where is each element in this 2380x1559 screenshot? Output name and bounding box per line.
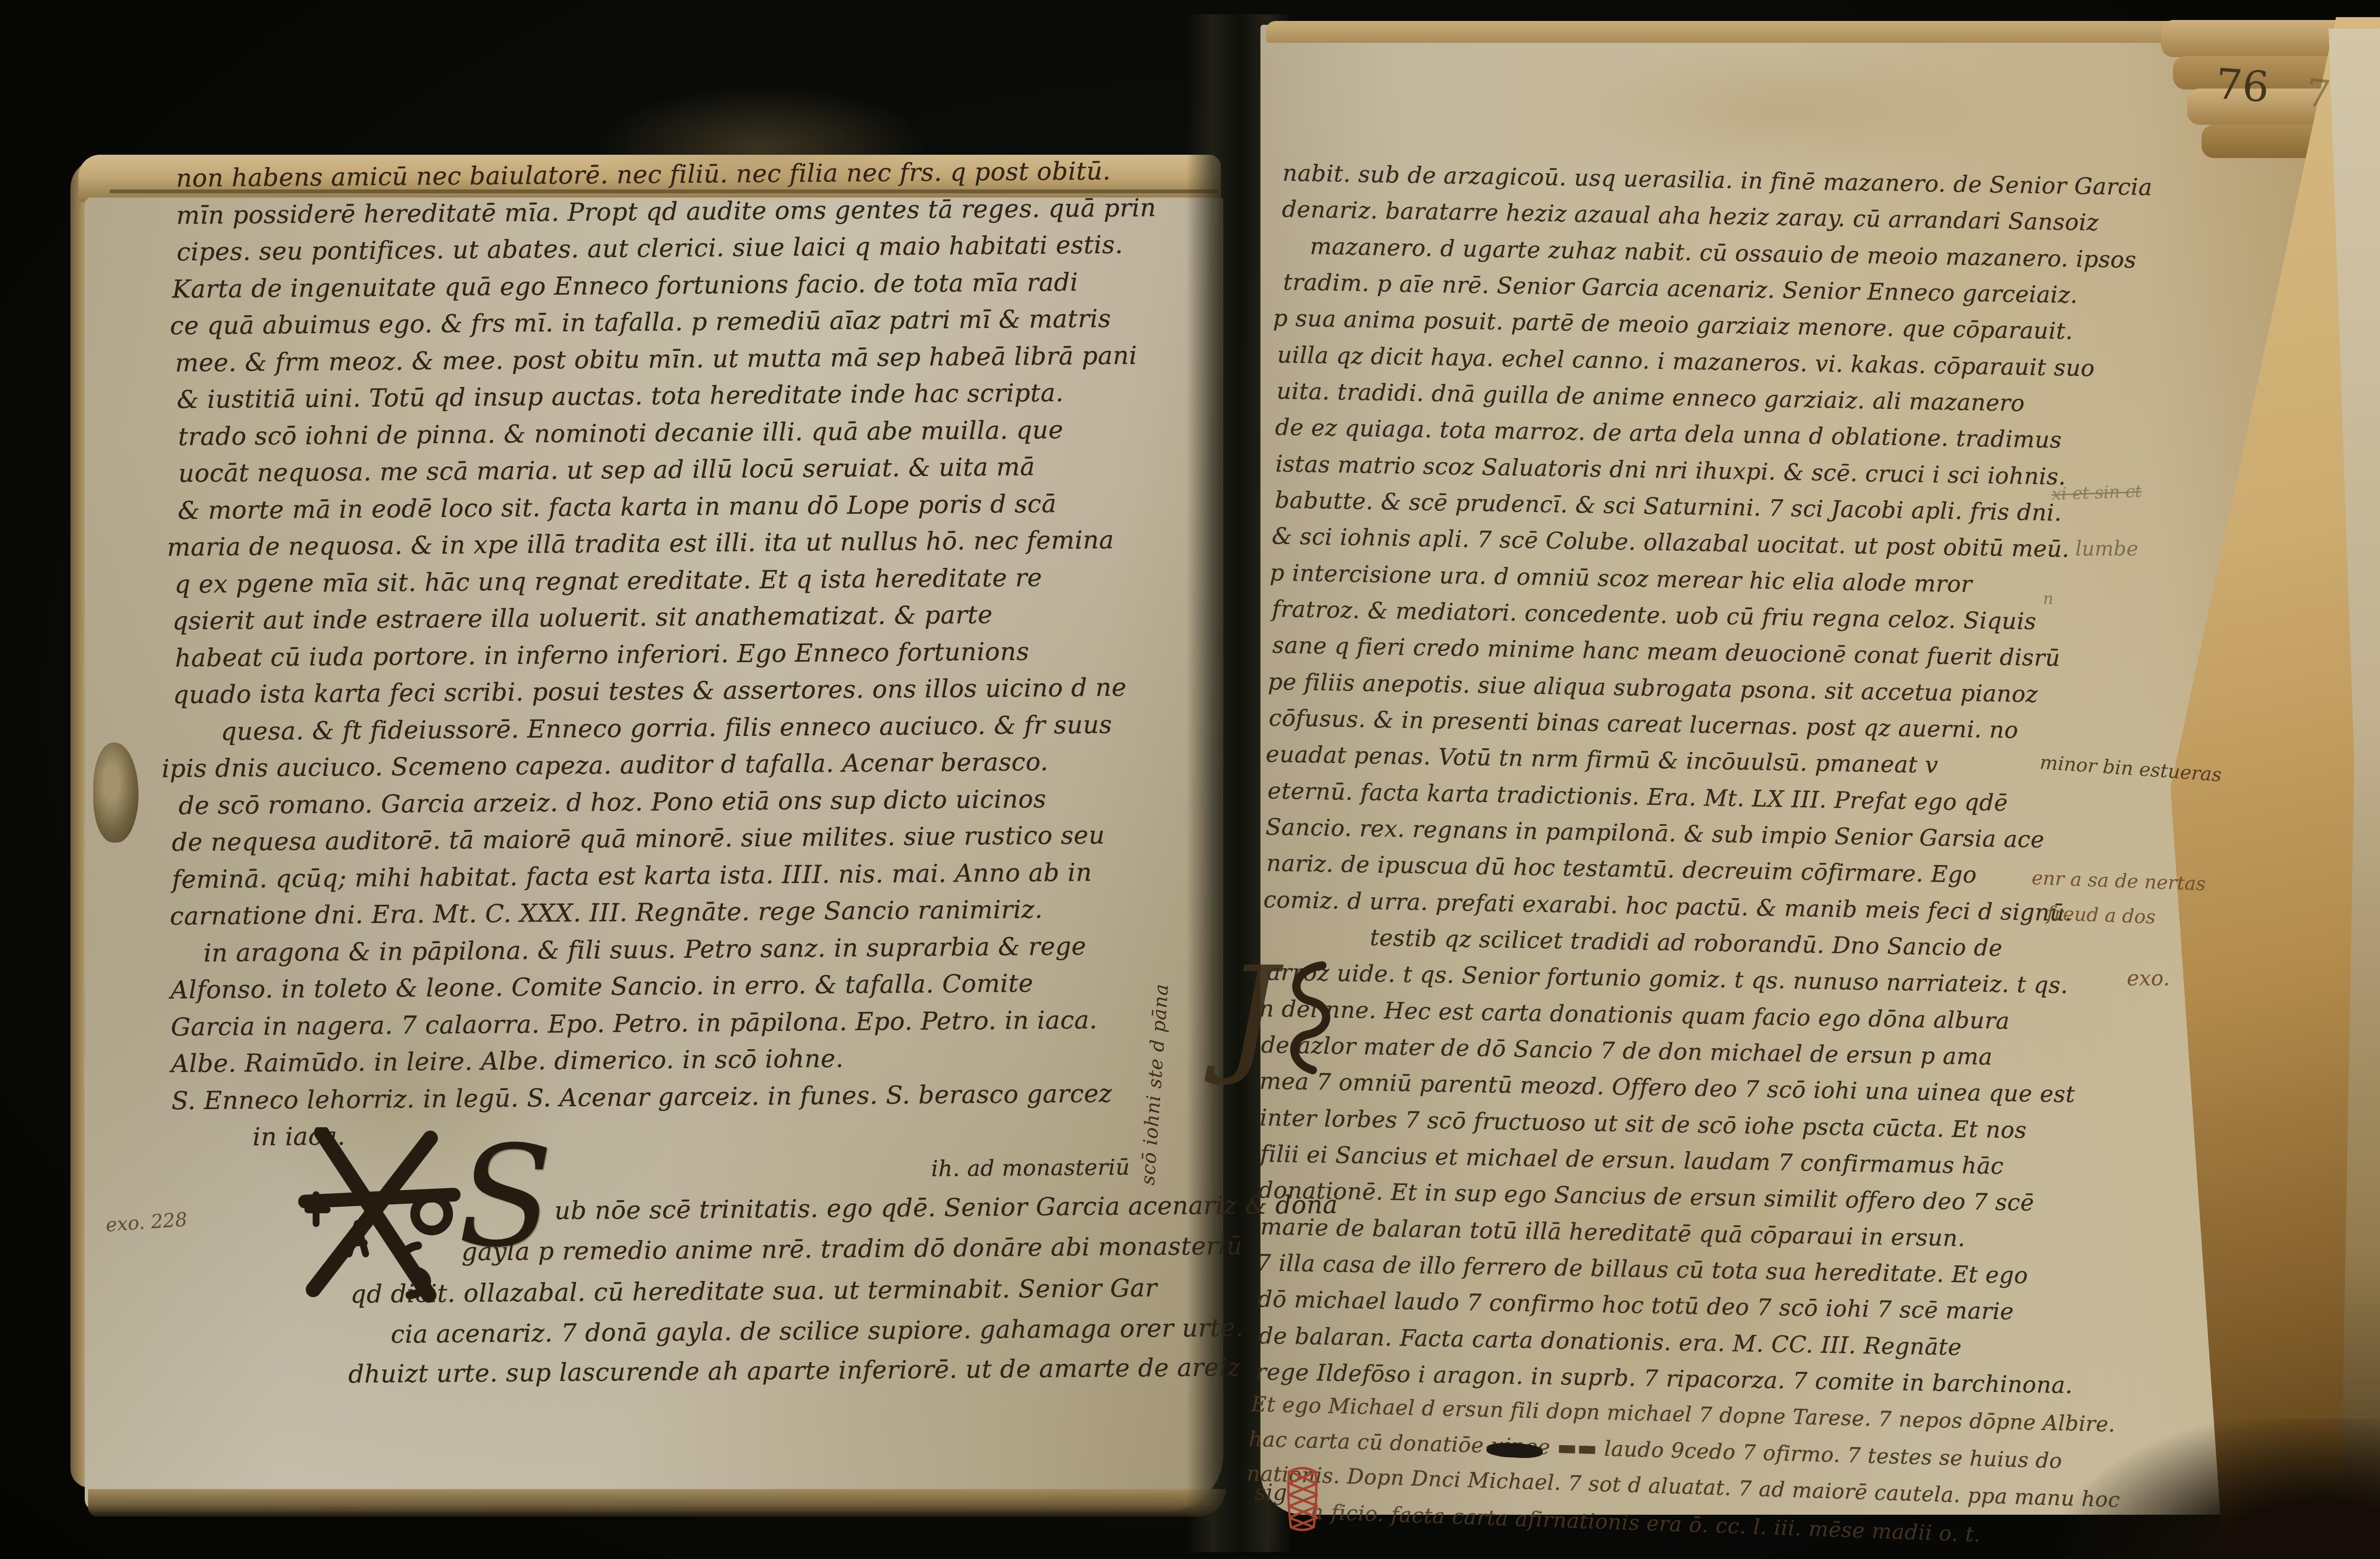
folio-number: 76 — [2214, 59, 2271, 112]
right-page-text-block: nabit. sub de arzagicoū. usq uerasilia. … — [1243, 159, 2194, 1555]
manuscript-line: de nequesa auditorē. tā maiorē quā minor… — [172, 821, 1105, 857]
manuscript-line: p intercisione ura. d omniū scoz merear … — [1269, 559, 1973, 597]
knot-initial-icon — [1279, 961, 1337, 1075]
manuscript-line: comiz. d urra. prefati exarabi. hoc pact… — [1263, 886, 2073, 926]
manuscript-line: habeat cū iuda portore. in inferno infer… — [175, 637, 1029, 673]
manuscript-line: de ez quiaga. tota marroz. de arta dela … — [1275, 414, 2062, 453]
manuscript-line: rege Ildefōso i aragon. in suprb. 7 ripa… — [1255, 1359, 2073, 1399]
manuscript-line: ipis dnis auciuco. Scemeno capeza. audit… — [161, 748, 1048, 784]
manuscript-line: & iustitiā uini. Totū qd insup auctas. t… — [177, 379, 1064, 415]
manuscript-line: babutte. & scē prudencī. & sci Saturnini… — [1275, 487, 2062, 526]
manuscript-line: gayla p remedio anime nrē. tradim dō don… — [461, 1232, 1242, 1267]
manuscript-line: denariz. baratarre heziz azaual aha hezi… — [1282, 196, 2099, 236]
manuscript-line: cōfusus. & in presenti binas careat luce… — [1269, 705, 2019, 744]
manuscript-line: Albe. Raimūdo. in leire. Albe. dimerico.… — [171, 1044, 844, 1078]
manuscript-line: Sancio. rex. regnans in pampilonā. & sub… — [1265, 814, 2044, 853]
manuscript-line: n dei nne. Hec est carta donationis quam… — [1259, 995, 2010, 1034]
margin-note-brown: freud a dos — [2046, 903, 2156, 928]
manuscript-line: trado scō iohni de pinna. & nominoti dec… — [178, 416, 1063, 452]
manuscript-line: sane q fieri credo minime hanc meam deuo… — [1272, 632, 2061, 671]
manuscript-line: de scō romano. Garcia arzeiz. d hoz. Pon… — [178, 785, 1046, 820]
manuscript-line: tradim. p aīe nrē. Senior Garcia acenari… — [1283, 269, 2078, 309]
manuscript-line: in aragona & in pāpilona. & fili suus. P… — [203, 932, 1086, 968]
manuscript-line: testib qz scilicet tradidi ad roborandū.… — [1369, 924, 2003, 962]
manuscript-line: p sua anima posuit. partē de meoio garzi… — [1273, 305, 2073, 345]
margin-note-faint: xi et sin ct — [2051, 482, 2142, 505]
manuscript-line: carnatione dni. Era. Mt. C. XXX. III. Re… — [170, 895, 1043, 931]
margin-note-tiny: n — [2043, 589, 2053, 608]
initial-letter-s: S — [458, 1127, 553, 1266]
margin-note-brown: exo. — [2127, 966, 2170, 991]
manuscript-line: pe filiis anepotis. siue aliqua subrogat… — [1268, 668, 2038, 708]
manuscript-line: maria de nequosa. & in xpe illā tradita … — [167, 526, 1114, 562]
manuscript-line: de balaran. Facta carta donationis. era.… — [1259, 1322, 1962, 1360]
next-folio-number-ghost: 7 — [2304, 70, 2332, 117]
manuscript-line: arroz uide. t qs. Senior fortunio gomiz.… — [1267, 959, 2068, 999]
manuscript-line: cia acenariz. 7 donā gayla. de scilice s… — [391, 1314, 1244, 1349]
manuscript-line: quado ista karta feci scribi. posui test… — [173, 674, 1127, 710]
manuscript-line: filii ei Sancius et michael de ersun. la… — [1260, 1141, 2004, 1180]
manuscript-line: feminā. qcūq; mihi habitat. facta est ka… — [172, 858, 1092, 894]
sig-label: sig — [1255, 1480, 1287, 1505]
manuscript-line: q ex pgene mīa sit. hāc unq regnat eredi… — [174, 564, 1042, 599]
manuscript-line: ce quā abuimus ego. & frs mī. in tafalla… — [170, 305, 1111, 341]
monastery-annotation: ih. ad monasteriū — [931, 1154, 1130, 1182]
manuscript-line: istas matrio scoz Saluatoris dni nri ihu… — [1275, 450, 2066, 490]
manuscript-line: Karta de ingenuitate quā ego Enneco fort… — [172, 268, 1078, 304]
manuscript-line: nariz. de ipuscua dū hoc testamtū. decre… — [1266, 850, 1977, 888]
manuscript-line: euadat penas. Votū tn nrm firmū & incōuu… — [1266, 741, 1939, 778]
margin-note-faint: lumbe — [2075, 537, 2138, 560]
chi-rho-monogram-icon — [296, 1127, 463, 1303]
manuscript-line: cipes. seu pontifices. ut abates. aut cl… — [177, 231, 1123, 267]
manuscript-line: marie de balaran totū illā hereditatē qu… — [1260, 1213, 1965, 1252]
manuscript-line: uita. tradidi. dnā guilla de anime ennec… — [1276, 377, 2025, 417]
manuscript-line: & sci iohnis apli. 7 scē Colube. ollazab… — [1271, 523, 2070, 563]
manuscript-line: uilla qz dicit haya. echel canno. i maza… — [1277, 341, 2095, 381]
manuscript-line: non habens amicū nec baiulatorē. nec fil… — [176, 157, 1111, 193]
manuscript-line: mīn possiderē hereditatē mīa. Propt qd a… — [176, 194, 1156, 230]
manuscript-line: S. Enneco lehorriz. in legū. S. Acenar g… — [171, 1080, 1112, 1116]
manuscript-line: de azlor mater de dō Sancio 7 de don mic… — [1261, 1032, 1993, 1070]
manuscript-line: mee. & frm meoz. & mee. post obitu mīn. … — [175, 341, 1138, 377]
manuscript-line: donationē. Et in sup ego Sancius de ersu… — [1259, 1177, 2034, 1216]
manuscript-line: qsierit aut inde estraere illa uoluerit.… — [172, 601, 993, 636]
manuscript-line: uocāt nequosa. me scā maria. ut sep ad i… — [178, 453, 1035, 488]
manuscript-line-late-hand: h ficio. facta carta afirnationis era ō.… — [1310, 1500, 1981, 1547]
manuscript-line: fratroz. & mediatori. concedente. uob cū… — [1272, 596, 2036, 635]
manuscript-line: inter lorbes 7 scō fructuoso ut sit de s… — [1259, 1104, 2027, 1144]
manuscript-line: dhuizt urte. sup lascurende ah aparte in… — [348, 1353, 1240, 1389]
signum-lattice-icon — [1285, 1462, 1319, 1534]
manuscript-line: mazanero. d ugarte zuhaz nabit. cū ossau… — [1310, 233, 2137, 274]
manuscript-line: 7 illa casa de illo ferrero de billaus c… — [1256, 1250, 2028, 1289]
manuscript-line: & morte mā in eodē loco sit. facta karta… — [178, 490, 1057, 525]
manuscript-line: qd dicit. ollazabal. cū hereditate sua. … — [350, 1274, 1157, 1309]
manuscript-photo: non habens amicū nec baiulatorē. nec fil… — [0, 0, 2380, 1559]
initial-letter-j: J — [1226, 950, 1278, 1078]
manuscript-line: Garcia in nagera. 7 calaorra. Epo. Petro… — [171, 1006, 1098, 1042]
manuscript-line: eternū. facta karta tradictionis. Era. M… — [1268, 777, 2008, 816]
manuscript-line-late-hand: Et ego Michael d ersun fili dopn michael… — [1251, 1392, 2116, 1437]
manuscript-line: quesa. & ft fideiussorē. Enneco gorria. … — [221, 711, 1112, 746]
manuscript-line: dō michael laudo 7 confirmo hoc totū deo… — [1258, 1286, 2014, 1325]
manuscript-line: ub nōe scē trinitatis. ego qdē. Senior G… — [555, 1191, 1338, 1225]
manuscript-line: mea 7 omniū parentū meozd. Offero deo 7 … — [1259, 1068, 2075, 1108]
manuscript-line: Alfonso. in toleto & leone. Comite Sanci… — [170, 969, 1033, 1004]
